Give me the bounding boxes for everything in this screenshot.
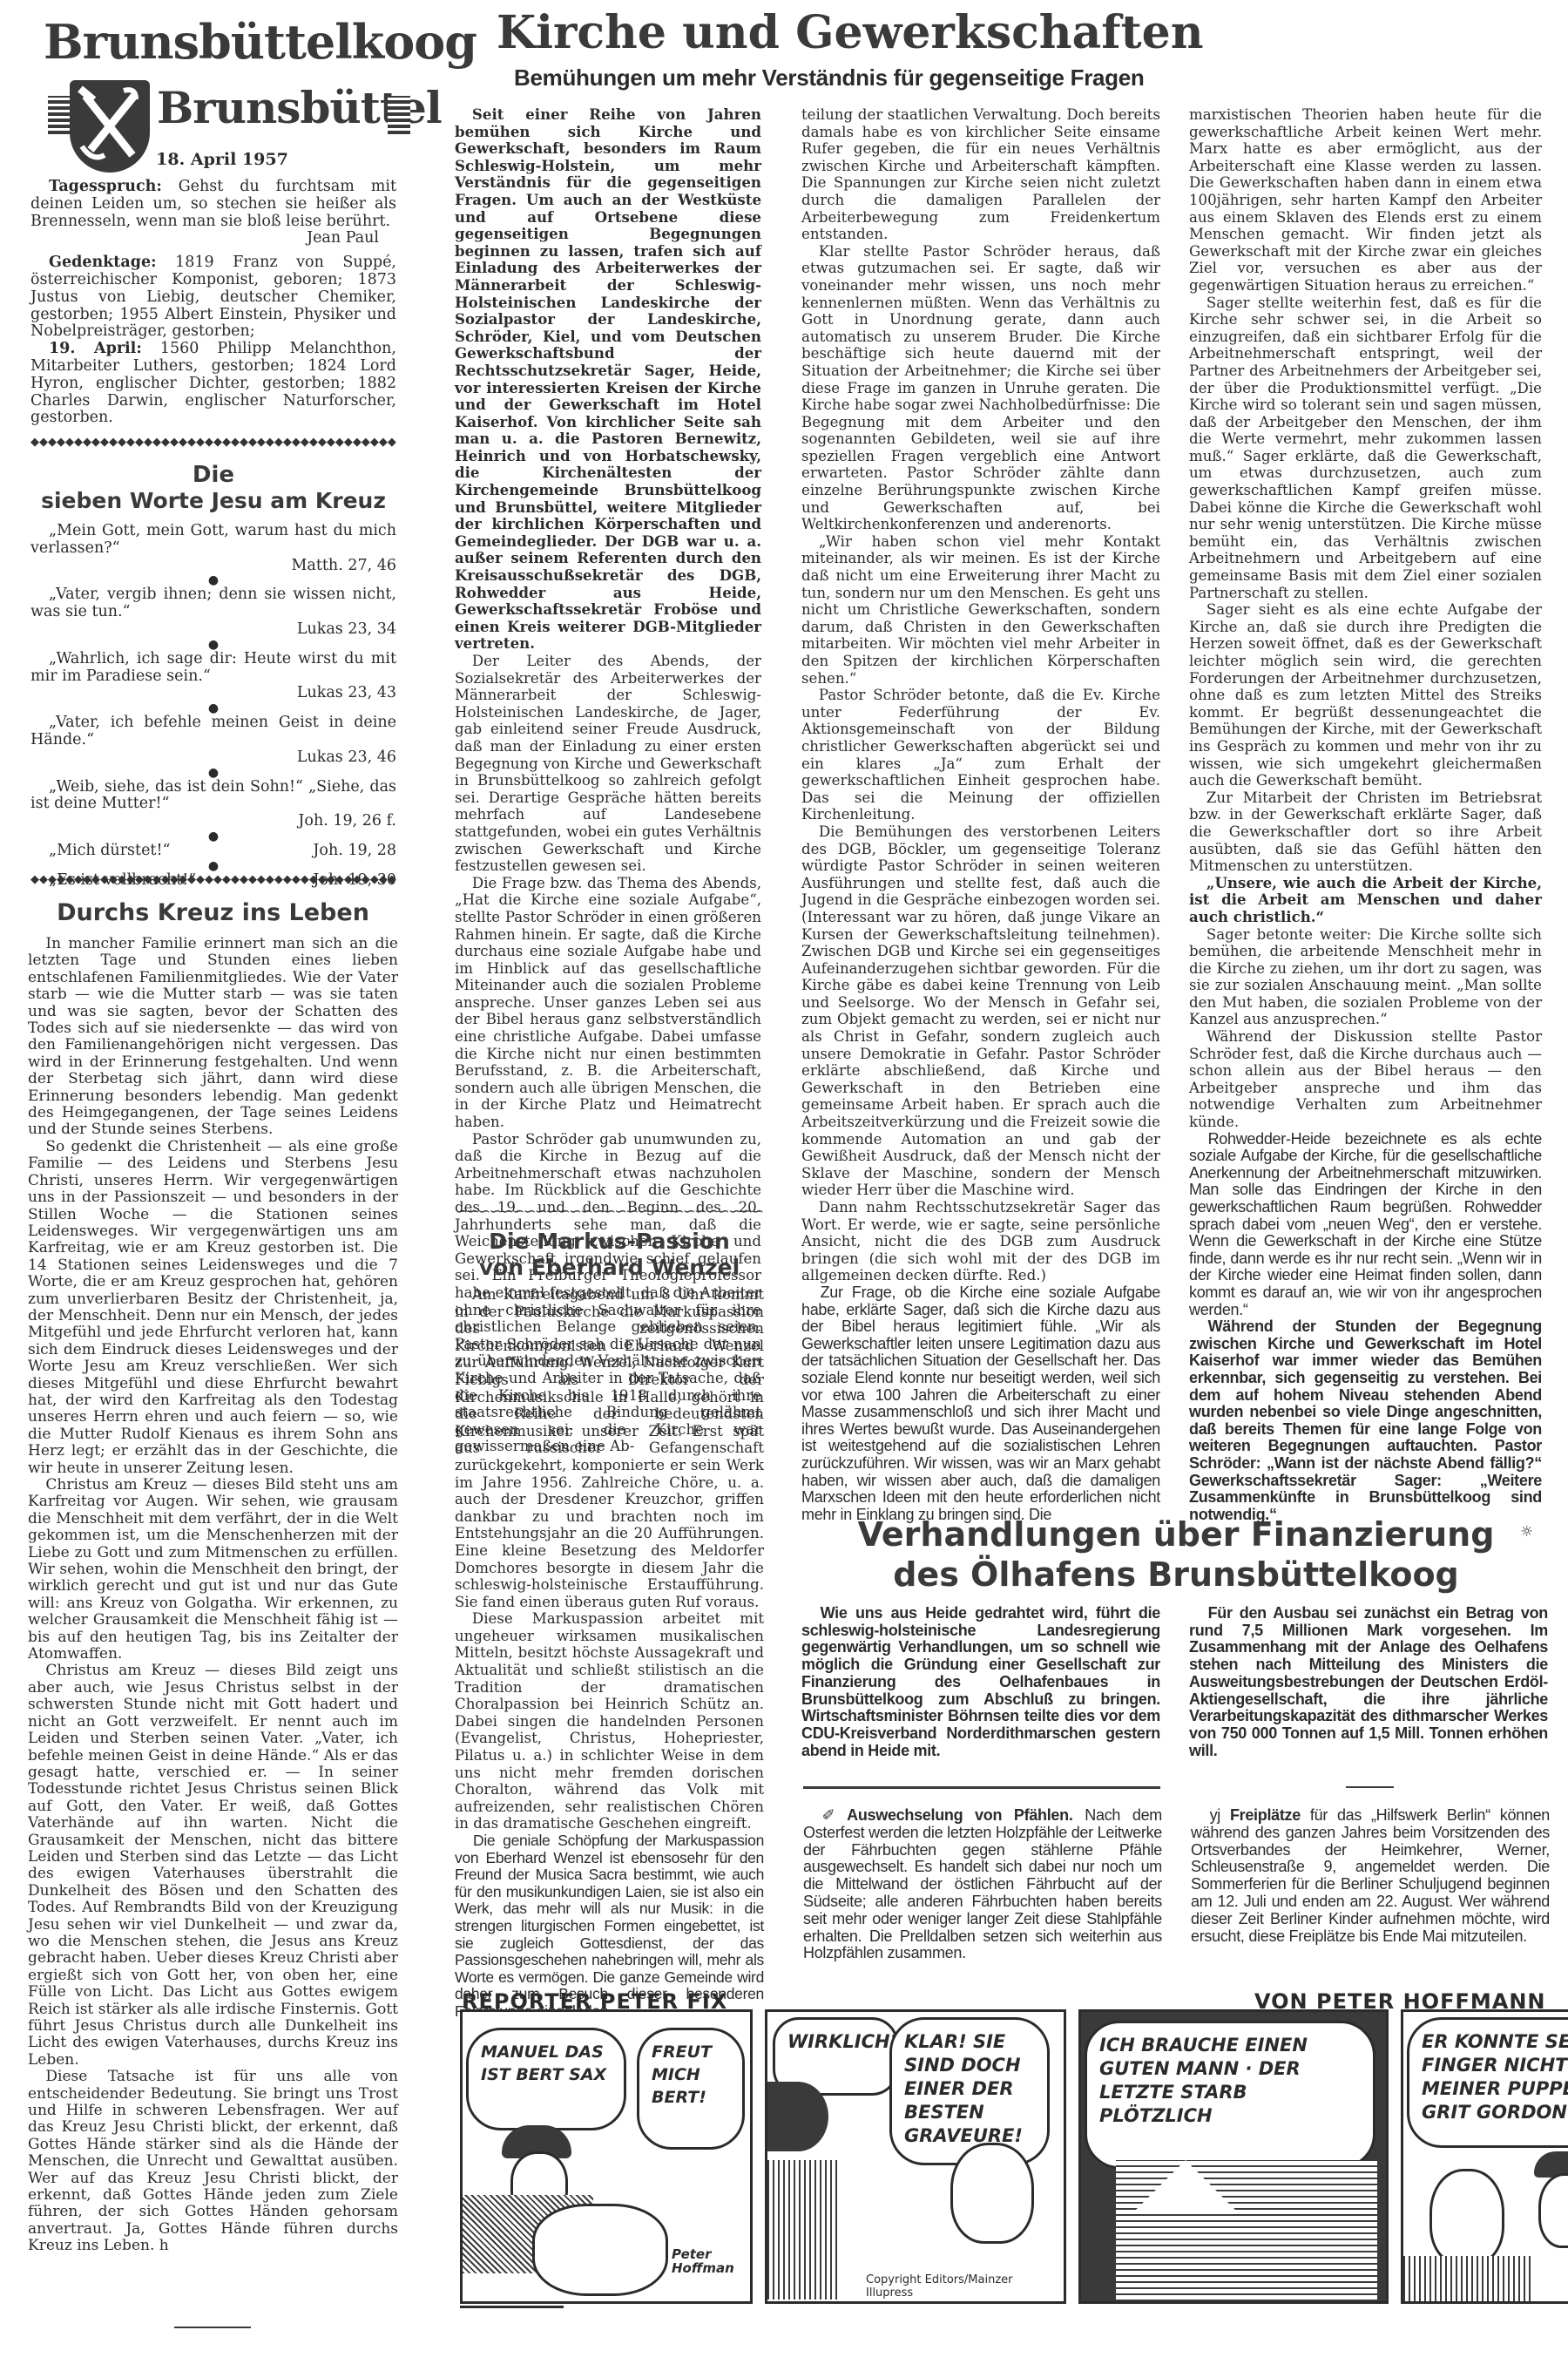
paragraph: Christus am Kreuz — dieses Bild steht un… — [28, 1477, 398, 1663]
speech-bubble: ER KONNTE SEINE FINGER NICHT VON MEINER … — [1407, 2017, 1568, 2148]
quote-item: „Vater, vergib ihnen; denn sie wissen ni… — [30, 586, 396, 638]
bold-quote: „Unsere, wie auch die Arbeit der Kirche,… — [1189, 875, 1542, 926]
paragraph: Während der Diskussion stellte Pastor Sc… — [1189, 1028, 1542, 1131]
paragraph: Diese Markuspassion arbeitet mit ungeheu… — [455, 1610, 764, 1832]
sieben-worte-title-line1: Die — [30, 462, 396, 488]
comic-panel-3: ICH BRAUCHE EINEN GUTEN MANN · DER LETZT… — [1078, 2009, 1389, 2304]
quote-list: „Mein Gott, mein Gott, warum hast du mic… — [30, 523, 396, 890]
quote-text: „Mein Gott, mein Gott, warum hast du mic… — [30, 523, 396, 558]
paragraph: In mancher Familie erinnert man sich an … — [28, 936, 398, 1139]
paragraph: Rohwedder-Heide bezeichnete es als echte… — [1189, 1131, 1542, 1319]
paragraph: So gedenkt die Christenheit — als eine g… — [28, 1139, 398, 1477]
sidebar-notes: Tagesspruch: Gehst du furchtsam mit dein… — [30, 179, 396, 427]
quote-ref: Lukas 23, 43 — [30, 685, 396, 702]
markus-passion-article: Die Markus-Passion von Eberhard Wenzel A… — [455, 1229, 764, 2037]
quote-ref: Lukas 23, 46 — [30, 749, 396, 767]
quote-text: „Vater, vergib ihnen; denn sie wissen ni… — [30, 586, 396, 621]
banner-flag-left — [48, 96, 71, 134]
copyright-notice: Copyright Editors/Mainzer Illupress — [863, 2273, 1064, 2300]
paragraph: Der Leiter des Abends, der Sozialsekretä… — [455, 653, 761, 875]
paragraph: Sager stellte weiterhin fest, daß es für… — [1189, 295, 1542, 602]
masthead-title-line1: Brunsbüttelkoog — [44, 16, 476, 68]
banner-flag-right — [388, 96, 410, 134]
quote-item: „Mein Gott, mein Gott, warum hast du mic… — [30, 523, 396, 574]
durchs-kreuz-article: Durchs Kreuz ins Leben In mancher Famili… — [28, 898, 398, 2255]
oelhafen-article: Verhandlungen über Finanzierung des Ölha… — [801, 1514, 1551, 1595]
bullet-dot: ● — [30, 860, 396, 872]
speech-bubble: KLAR! SIE SIND DOCH EINER DER BESTEN GRA… — [889, 2017, 1050, 2165]
quote-ref: Lukas 23, 34 — [30, 621, 396, 639]
paragraph: „Wir haben schon viel mehr Kontakt mitei… — [801, 533, 1160, 687]
quote-text: „Wahrlich, ich sage dir: Heute wirst du … — [30, 651, 396, 686]
kirche-subheadline: Bemühungen um mehr Verständnis für gegen… — [514, 64, 1472, 91]
oelhafen-headline-line2: des Ölhafens Brunsbüttelkoog — [801, 1555, 1551, 1595]
durchs-kreuz-title: Durchs Kreuz ins Leben — [28, 898, 398, 929]
masthead: Brunsbüttelkoog Brunsbüttel — [35, 9, 409, 139]
paragraph: Diese Tatsache ist für uns alle von ents… — [28, 2069, 398, 2254]
speech-bubble: MANUEL DAS IST BERT SAX — [466, 2028, 626, 2130]
tagesspruch-author: Jean Paul — [30, 230, 396, 247]
pfaehle-title: Auswechselung von Pfählen. — [847, 1806, 1072, 1824]
divider-diamonds: ◆◆◆◆◆◆◆◆◆◆◆◆◆◆◆◆◆◆◆◆◆◆◆◆◆◆◆◆◆◆◆◆◆◆◆◆◆◆◆◆… — [30, 873, 396, 886]
end-rule — [174, 2327, 251, 2328]
paragraph: Dann nahm Rechtsschutzsekretär Sager das… — [801, 1199, 1160, 1284]
quote-text: „Vater, ich befehle meinen Geist in dein… — [30, 715, 396, 749]
closing-paragraph: Während der Stunden der Begegnung zwisch… — [1189, 1318, 1542, 1523]
quote-ref: Joh. 19, 26 f. — [30, 813, 396, 830]
gedenktage-label: Gedenktage: — [49, 254, 157, 271]
bullet-dot: ● — [30, 702, 396, 715]
comic-strip: MANUEL DAS IST BERT SAX FREUT MICH BERT!… — [460, 2009, 1553, 2306]
kirche-column-3: marxistischen Theorien haben heute für d… — [1189, 106, 1542, 1541]
character-face — [950, 2143, 1034, 2244]
bullet-dot: ● — [30, 767, 396, 779]
paragraph: teilung der staatlichen Verwaltung. Doch… — [801, 106, 1160, 243]
paragraph: Zur Mitarbeit der Christen im Betriebsra… — [1189, 789, 1542, 875]
paragraph: Pastor Schröder betonte, daß die Ev. Kir… — [801, 687, 1160, 823]
paragraph: Sager betonte weiter: Die Kirche sollte … — [1189, 926, 1542, 1029]
oelhafen-right: Für den Ausbau sei zunächst ein Betrag v… — [1189, 1605, 1548, 1759]
paragraph: Christus am Kreuz — dieses Bild zeigt un… — [28, 1663, 398, 2069]
author-initials: yj — [1210, 1806, 1220, 1824]
oelhafen-headline-line1: Verhandlungen über Finanzierung — [801, 1514, 1551, 1555]
markus-title-line2: von Eberhard Wenzel — [455, 1255, 764, 1281]
bullet-dot: ● — [30, 639, 396, 651]
paragraph: Sager sieht es als eine echte Aufgabe de… — [1189, 601, 1542, 789]
character-face-background — [1538, 2173, 1568, 2248]
suit-shading — [1403, 2256, 1534, 2301]
april19-label: 19. April: — [49, 340, 142, 357]
kirche-headline: Kirche und Gewerkschaften — [497, 7, 1498, 59]
quote-item: „Mich dürstet!“Joh. 19, 28 — [30, 843, 396, 860]
speech-bubble: FREUT MICH BERT! — [637, 2028, 745, 2150]
paragraph: Klar stellte Pastor Schröder heraus, daß… — [801, 243, 1160, 533]
quote-ref: Matth. 27, 46 — [30, 558, 396, 575]
sieben-worte-article: Die sieben Worte Jesu am Kreuz „Mein Got… — [30, 462, 396, 890]
divider-diamonds: ◆◆◆◆◆◆◆◆◆◆◆◆◆◆◆◆◆◆◆◆◆◆◆◆◆◆◆◆◆◆◆◆◆◆◆◆◆◆◆◆… — [30, 436, 396, 449]
paragraph: Die Frage bzw. das Thema des Abends, „Ha… — [455, 875, 761, 1131]
paragraph: Die Bemühungen des verstorbenen Leiters … — [801, 823, 1160, 1199]
comic-panel-2: WIRKLICH? KLAR! SIE SIND DOCH EINER DER … — [765, 2009, 1066, 2304]
artist-signature: Peter Hoffman — [672, 2247, 733, 2275]
paragraph: marxistischen Theorien haben heute für d… — [1189, 106, 1542, 295]
pen-icon: ✐ — [822, 1806, 835, 1824]
paragraph: Am Karfreitagabend um 8 Uhr kommt in der… — [455, 1286, 764, 1610]
sleeve-shading — [767, 2160, 837, 2300]
handshake-hands — [532, 2204, 668, 2296]
quote-ref: Joh. 19, 28 — [313, 843, 396, 860]
bullet-dot: ● — [30, 574, 396, 586]
quote-item: „Vater, ich befehle meinen Geist in dein… — [30, 715, 396, 766]
quote-item: „Wahrlich, ich sage dir: Heute wirst du … — [30, 651, 396, 702]
quote-text: „Weib, siehe, das ist dein Sohn!“ „Siehe… — [30, 779, 396, 814]
issue-date: 18. April 1957 — [35, 150, 409, 169]
tagesspruch-label: Tagesspruch: — [49, 178, 162, 195]
sieben-worte-title-line2: sieben Worte Jesu am Kreuz — [30, 488, 396, 514]
durchs-kreuz-body: In mancher Familie erinnert man sich an … — [28, 936, 398, 2255]
freiplaetze-title: Freiplätze — [1230, 1806, 1301, 1824]
divider-wave: ∽∽∽∽∽∽∽∽∽∽∽∽∽∽∽∽∽∽∽∽∽∽∽∽∽∽∽∽∽∽∽∽∽∽∽∽∽∽∽∽… — [455, 1202, 764, 1221]
freiplaetze-article: yj Freiplätze für das „Hilfswerk Berlin“… — [1191, 1807, 1550, 1945]
speech-bubble: ICH BRAUCHE EINEN GUTEN MANN · DER LETZT… — [1085, 2021, 1375, 2169]
comic-panel-4: ER KONNTE SEINE FINGER NICHT VON MEINER … — [1401, 2009, 1568, 2304]
pfaehle-article: ✐ Auswechselung von Pfählen. Nach dem Os… — [803, 1807, 1162, 1962]
markus-body: Am Karfreitagabend um 8 Uhr kommt in der… — [455, 1286, 764, 2037]
kirche-lead: Seit einer Reihe von Jahren bemühen sich… — [455, 106, 761, 653]
divider-rule-short — [1346, 1786, 1394, 1788]
divider-rule — [803, 1786, 1160, 1789]
character-face — [1429, 2169, 1504, 2266]
quote-text: „Mich dürstet!“ — [30, 843, 170, 860]
house-gable — [1133, 2160, 1238, 2212]
hair-shape — [767, 2082, 828, 2151]
comic-panel-1: MANUEL DAS IST BERT SAX FREUT MICH BERT!… — [460, 2009, 753, 2304]
pfaehle-text: Nach dem Osterfest werden die letzten Ho… — [803, 1806, 1162, 1961]
quote-item: „Weib, siehe, das ist dein Sohn!“ „Siehe… — [30, 779, 396, 830]
bullet-dot: ● — [30, 830, 396, 843]
kirche-column-2: teilung der staatlichen Verwaltung. Doch… — [801, 106, 1160, 1523]
freiplaetze-text: für das „Hilfswerk Berlin“ können währen… — [1191, 1806, 1550, 1945]
markus-title-line1: Die Markus-Passion — [455, 1229, 764, 1255]
oelhafen-left: Wie uns aus Heide gedrahtet wird, führt … — [801, 1605, 1160, 1759]
paragraph: Zur Frage, ob die Kirche eine soziale Au… — [801, 1284, 1160, 1523]
